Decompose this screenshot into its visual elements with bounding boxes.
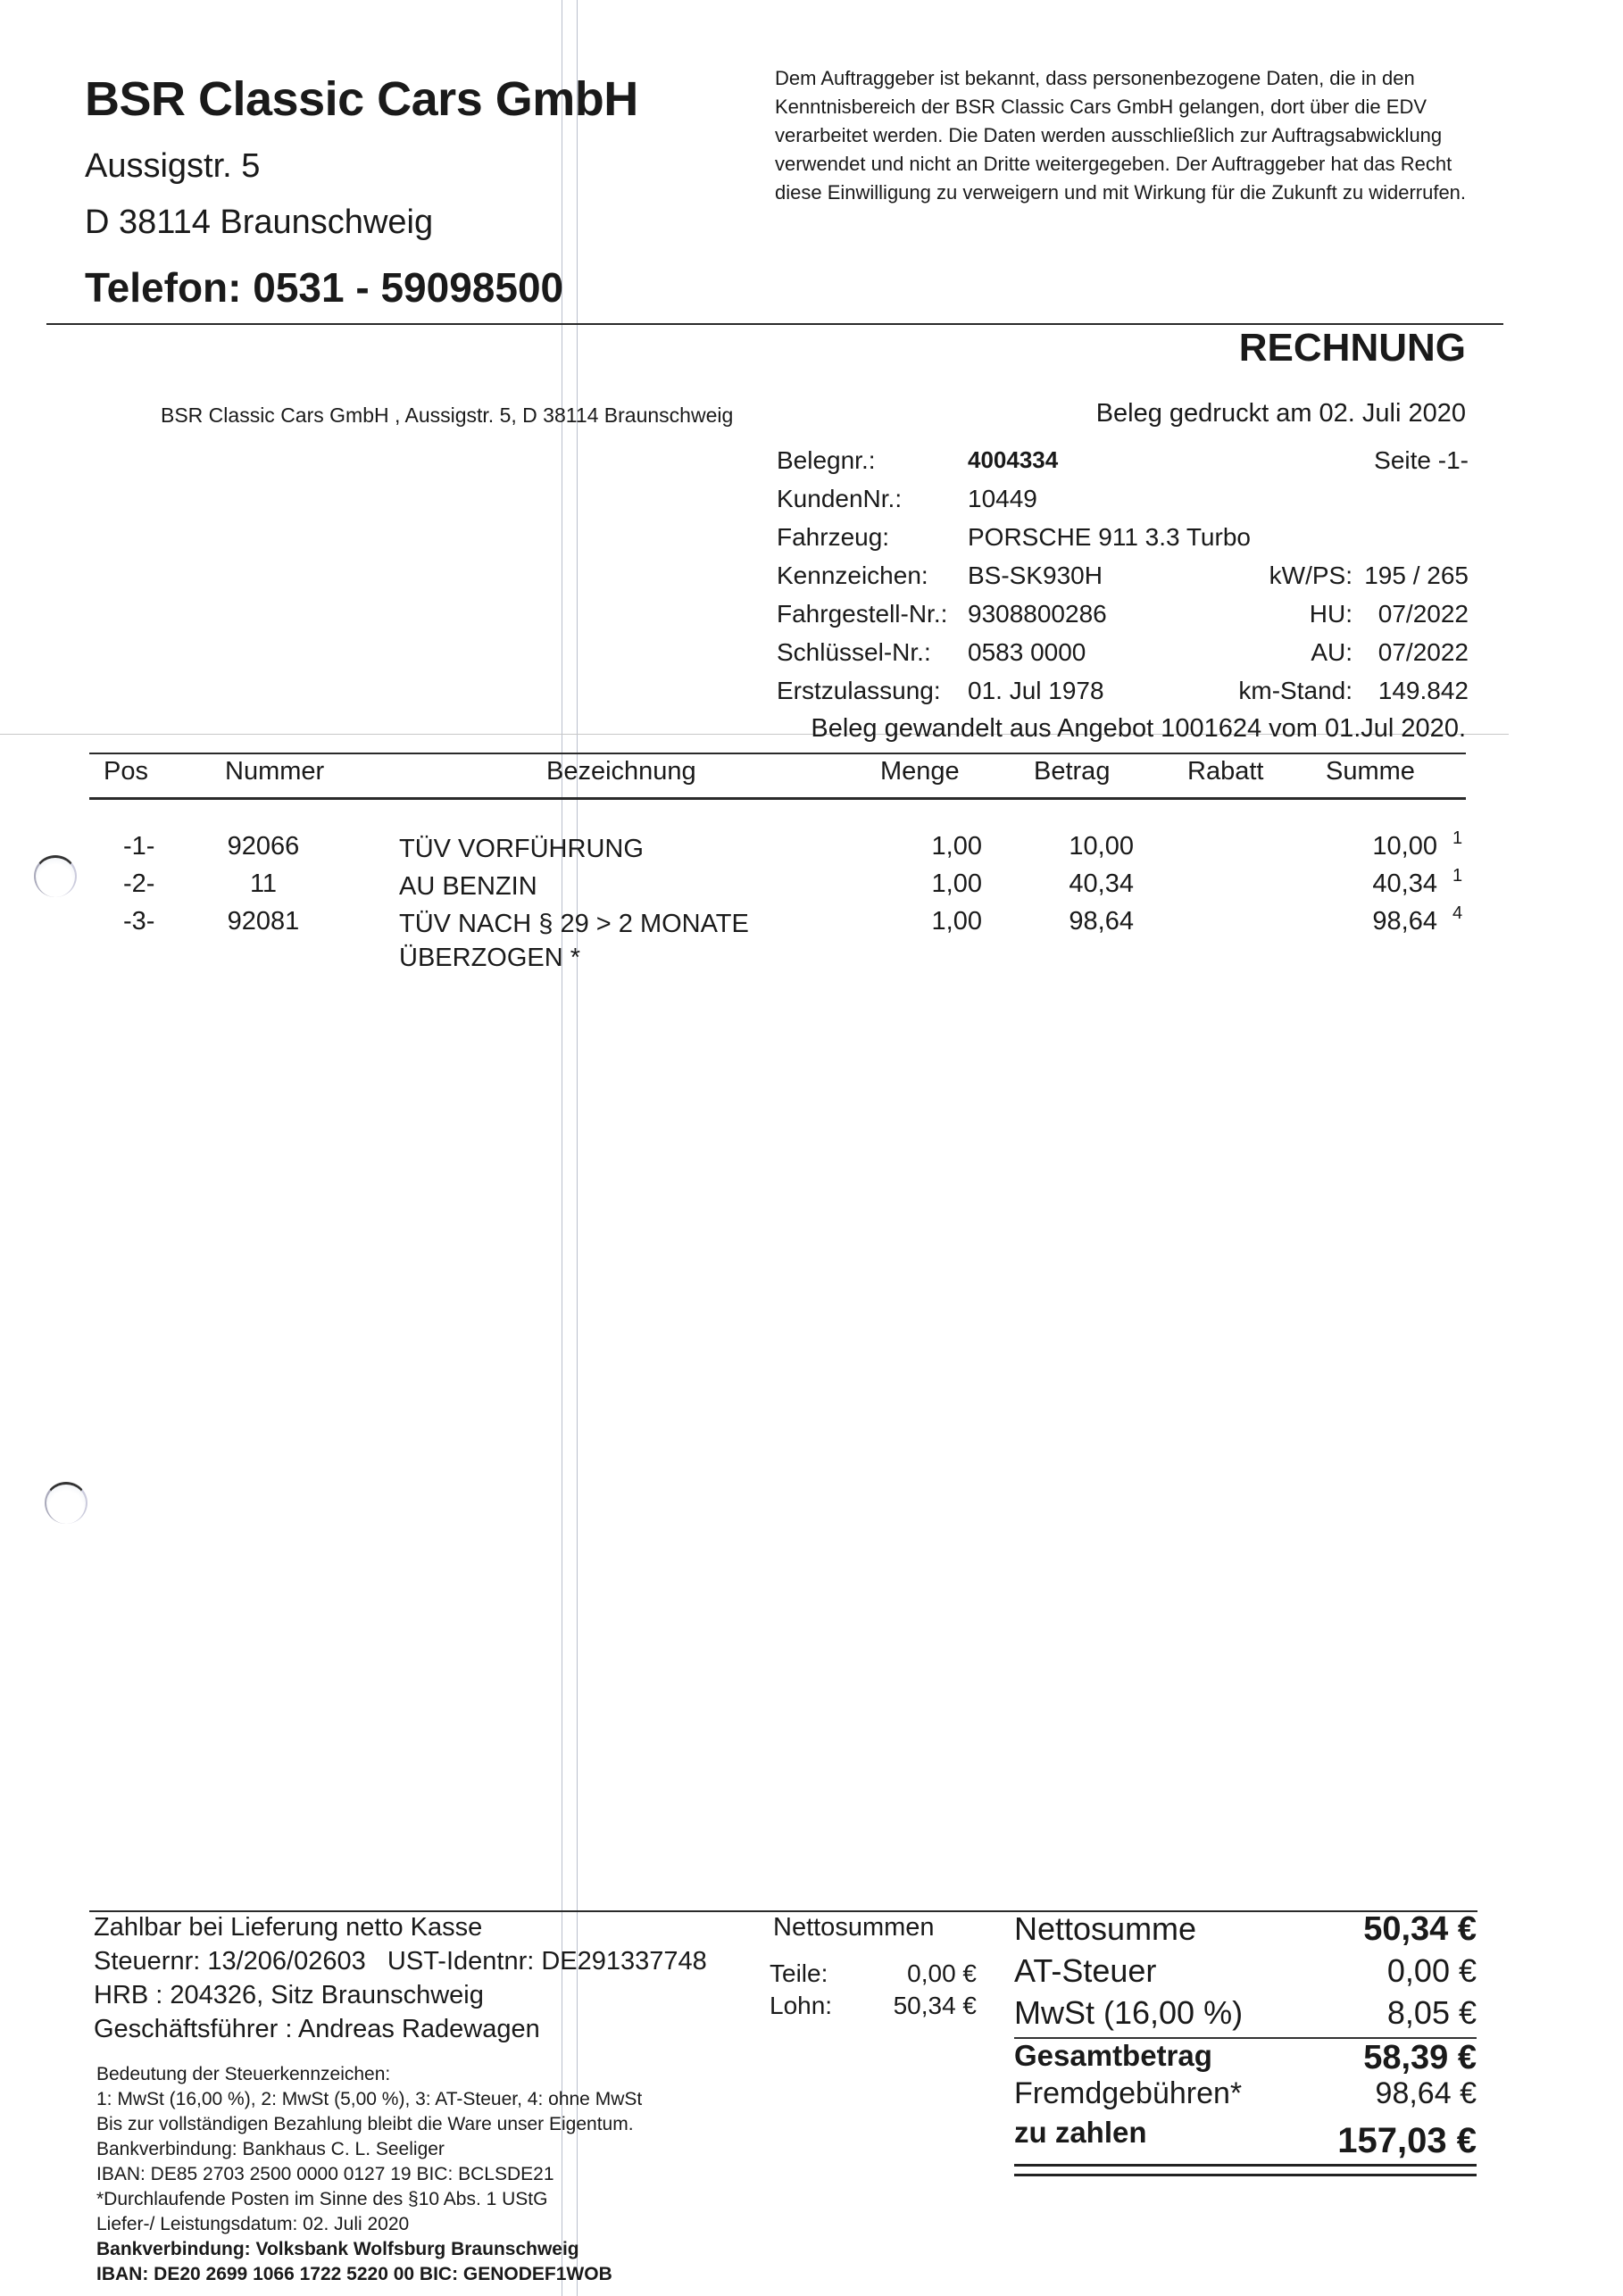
km-value: 149.842: [1378, 677, 1469, 705]
cell-betrag: 98,64: [1018, 907, 1134, 936]
lohn-label: Lohn:: [770, 1992, 832, 2020]
col-summe: Summe: [1326, 757, 1415, 786]
schluessel-value: 0583 0000: [968, 638, 1086, 667]
col-betrag: Betrag: [1034, 757, 1110, 786]
netto-value: 50,34 €: [1363, 1910, 1477, 1949]
netto-summen-heading: Nettosummen: [773, 1913, 935, 1942]
header-divider: [46, 323, 1503, 325]
total-rule-2: [1014, 2174, 1477, 2176]
beleg-label: Belegnr.:: [777, 446, 876, 475]
kennzeichen-value: BS-SK930H: [968, 562, 1103, 590]
table-header-rule: [89, 797, 1466, 800]
table-top-rule: [89, 753, 1466, 754]
converted-from-offer: Beleg gewandelt aus Angebot 1001624 vom …: [811, 714, 1466, 744]
company-city: D 38114 Braunschweig: [85, 204, 433, 242]
total-rule-1: [1014, 2164, 1477, 2167]
totals-block: Nettosumme 50,34 € AT-Steuer 0,00 € MwSt…: [1014, 1910, 1477, 2176]
legal-line: Bankverbindung: Bankhaus C. L. Seeliger: [96, 2137, 642, 2162]
punch-hole-mark: [34, 855, 77, 897]
cell-pos: -2-: [123, 869, 154, 899]
zu-zahlen-value: 157,03 €: [1337, 2121, 1477, 2161]
cell-bezeichnung: AU BENZIN: [399, 869, 792, 903]
km-label: km-Stand:: [1238, 677, 1352, 705]
netto-breakdown: Teile: 0,00 € Lohn: 50,34 €: [770, 1959, 977, 2024]
at-steuer-label: AT-Steuer: [1014, 1952, 1156, 1990]
kwps-value: 195 / 265: [1364, 562, 1469, 590]
payment-terms: Zahlbar bei Lieferung netto Kasse: [94, 1910, 707, 1944]
col-pos: Pos: [104, 757, 148, 786]
line-items: -1-92066TÜV VORFÜHRUNG1,0010,0010,001-2-…: [89, 832, 1466, 978]
beleg-number: 4004334: [968, 446, 1058, 474]
kwps-label: kW/PS:: [1269, 562, 1352, 590]
cell-steuer: 1: [1452, 866, 1462, 886]
gesamt-label: Gesamtbetrag: [1014, 2039, 1212, 2073]
hu-label: HU:: [1310, 600, 1352, 628]
netto-label: Nettosumme: [1014, 1910, 1196, 1948]
fahrzeug-value: PORSCHE 911 3.3 Turbo: [968, 523, 1251, 552]
col-nummer: Nummer: [225, 757, 324, 786]
erstzulassung-label: Erstzulassung:: [777, 677, 941, 705]
privacy-notice: Dem Auftraggeber ist bekannt, dass perso…: [775, 64, 1489, 207]
lohn-value: 50,34 €: [894, 1992, 977, 2020]
kennzeichen-label: Kennzeichen:: [777, 562, 928, 590]
zu-zahlen-label: zu zahlen: [1014, 2116, 1147, 2150]
cell-summe: 10,00: [1321, 832, 1437, 861]
cell-menge: 1,00: [875, 832, 982, 861]
company-phone: Telefon: 0531 - 59098500: [85, 263, 563, 312]
mwst-label: MwSt (16,00 %): [1014, 1994, 1243, 2032]
cell-betrag: 10,00: [1018, 832, 1134, 861]
schluessel-label: Schlüssel-Nr.:: [777, 638, 931, 667]
teile-label: Teile:: [770, 1959, 828, 1988]
page-number: Seite -1-: [1374, 446, 1469, 475]
kunde-number: 10449: [968, 485, 1037, 513]
invoice-meta: Belegnr.: 4004334 Seite -1- KundenNr.: 1…: [777, 446, 1469, 715]
company-name: BSR Classic Cars GmbH: [85, 71, 638, 127]
erstzulassung-value: 01. Jul 1978: [968, 677, 1104, 705]
au-label: AU:: [1311, 638, 1352, 667]
col-bezeichnung: Bezeichnung: [546, 757, 696, 786]
legal-line: Bis zur vollständigen Bezahlung bleibt d…: [96, 2112, 642, 2137]
cell-betrag: 40,34: [1018, 869, 1134, 899]
legal-line: IBAN: DE85 2703 2500 0000 0127 19 BIC: B…: [96, 2162, 642, 2187]
document-title: RECHNUNG: [1239, 326, 1466, 370]
hrb-info: HRB : 204326, Sitz Braunschweig: [94, 1978, 707, 2012]
cell-summe: 40,34: [1321, 869, 1437, 899]
cell-summe: 98,64: [1321, 907, 1437, 936]
col-menge: Menge: [880, 757, 960, 786]
table-row: -3-92081TÜV NACH § 29 > 2 MONATE ÜBERZOG…: [89, 907, 1466, 978]
legal-line: *Durchlaufende Posten im Sinne des §10 A…: [96, 2187, 642, 2212]
payment-info: Zahlbar bei Lieferung netto Kasse Steuer…: [94, 1910, 707, 2046]
cell-menge: 1,00: [875, 907, 982, 936]
teile-value: 0,00 €: [907, 1959, 977, 1988]
gesamt-value: 58,39 €: [1363, 2039, 1477, 2077]
tax-ids: Steuernr: 13/206/02603 UST-Identnr: DE29…: [94, 1944, 707, 1978]
cell-bezeichnung: TÜV NACH § 29 > 2 MONATE ÜBERZOGEN *: [399, 907, 792, 975]
cell-pos: -3-: [123, 907, 154, 936]
cell-steuer: 1: [1452, 828, 1462, 849]
table-row: -2-11AU BENZIN1,0040,3440,341: [89, 869, 1466, 907]
cell-nummer: 92081: [214, 907, 312, 936]
legal-line: Liefer-/ Leistungsdatum: 02. Juli 2020: [96, 2212, 642, 2237]
printed-date: Beleg gedruckt am 02. Juli 2020: [1096, 399, 1466, 428]
legal-line: Bedeutung der Steuerkennzeichen:: [96, 2062, 642, 2087]
cell-bezeichnung: TÜV VORFÜHRUNG: [399, 832, 792, 866]
col-rabatt: Rabatt: [1187, 757, 1263, 786]
punch-hole-mark: [45, 1482, 87, 1524]
sender-address-line: BSR Classic Cars GmbH , Aussigstr. 5, D …: [161, 403, 733, 428]
hu-value: 07/2022: [1378, 600, 1469, 628]
fahrzeug-label: Fahrzeug:: [777, 523, 889, 552]
at-steuer-value: 0,00 €: [1387, 1952, 1477, 1990]
fahrgestell-label: Fahrgestell-Nr.:: [777, 600, 947, 628]
cell-nummer: 92066: [214, 832, 312, 861]
cell-pos: -1-: [123, 832, 154, 861]
cell-menge: 1,00: [875, 869, 982, 899]
mwst-value: 8,05 €: [1387, 1994, 1477, 2032]
kunde-label: KundenNr.:: [777, 485, 902, 513]
fahrgestell-value: 9308800286: [968, 600, 1107, 628]
fremd-value: 98,64 €: [1376, 2076, 1477, 2111]
bank-line: IBAN: DE20 2699 1066 1722 5220 00 BIC: G…: [96, 2262, 642, 2287]
fremd-label: Fremdgebühren*: [1014, 2076, 1242, 2111]
cell-steuer: 4: [1452, 903, 1462, 924]
bank-line: Bankverbindung: Volksbank Wolfsburg Brau…: [96, 2237, 642, 2262]
table-header: Pos Nummer Bezeichnung Menge Betrag Raba…: [89, 757, 1466, 793]
table-row: -1-92066TÜV VORFÜHRUNG1,0010,0010,001: [89, 832, 1466, 869]
cell-nummer: 11: [214, 869, 312, 899]
legal-line: 1: MwSt (16,00 %), 2: MwSt (5,00 %), 3: …: [96, 2087, 642, 2112]
company-street: Aussigstr. 5: [85, 147, 260, 186]
au-value: 07/2022: [1378, 638, 1469, 667]
managing-director: Geschäftsführer : Andreas Radewagen: [94, 2012, 707, 2046]
legal-notes: Bedeutung der Steuerkennzeichen:1: MwSt …: [96, 2062, 642, 2287]
